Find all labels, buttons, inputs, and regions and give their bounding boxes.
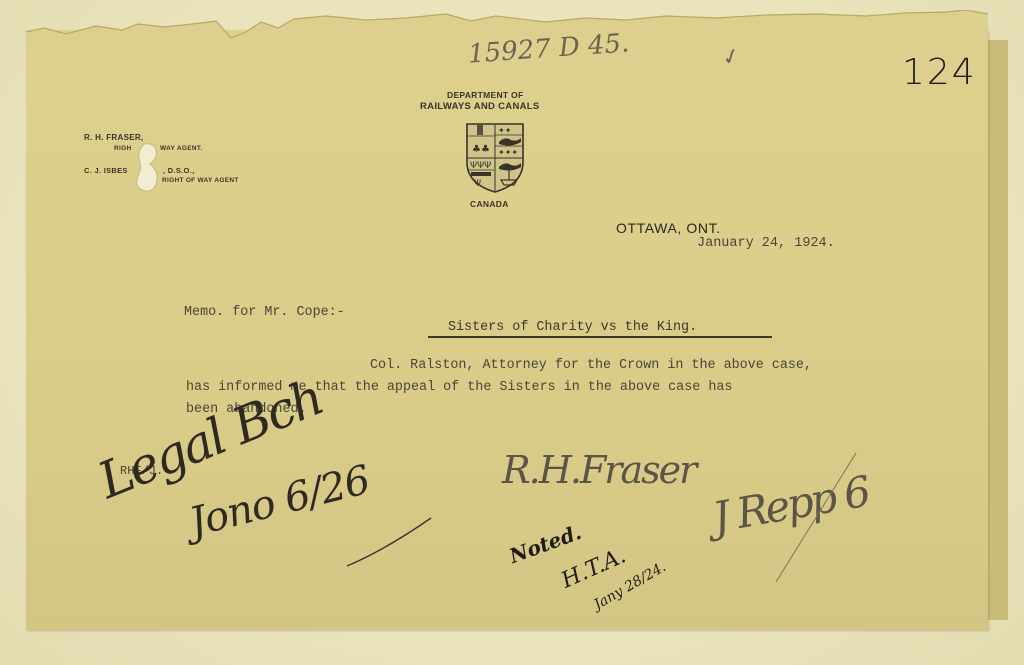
memo-subject: Sisters of Charity vs the King. [448, 320, 697, 335]
svg-text:♣♣: ♣♣ [472, 144, 490, 155]
body-line-1: Col. Ralston, Attorney for the Crown in … [370, 358, 812, 373]
officer-1-name: R. H. FRASER, [84, 133, 143, 142]
memo-recipient: Memo. for Mr. Cope:- [184, 305, 345, 320]
officer-2-name-left: C. J. ISBES [84, 166, 128, 175]
svg-text:Ψ: Ψ [474, 179, 481, 189]
country-label: CANADA [470, 199, 509, 209]
officer-2-name-right: , D.S.O., [163, 166, 194, 175]
department-line-2: RAILWAYS AND CANALS [420, 101, 540, 112]
officer-1-title-left: RIGH [114, 145, 131, 152]
subject-underline [428, 336, 772, 338]
officer-1-title-right: WAY AGENT. [160, 145, 203, 152]
svg-text:ΨΨΨ: ΨΨΨ [470, 161, 491, 171]
memo-date: January 24, 1924. [697, 236, 835, 251]
signature-fraser: R.H.Fraser [502, 448, 695, 492]
department-line-1: DEPARTMENT OF [447, 90, 523, 100]
city-line: OTTAWA, ONT. [616, 220, 721, 236]
punch-hole-damage [134, 142, 162, 194]
page-number: 124 [902, 52, 977, 93]
canada-coat-of-arms-icon: ♣♣ ΨΨΨ Ψ ✦✦ ✦✦✦ [465, 122, 525, 194]
pencil-diagonal-stroke [770, 450, 860, 585]
pen-flourish-stroke [345, 510, 435, 570]
svg-text:✦✦✦: ✦✦✦ [498, 148, 518, 157]
svg-text:✦✦: ✦✦ [498, 126, 512, 135]
officer-2-title: RIGHT OF WAY AGENT [162, 177, 239, 184]
